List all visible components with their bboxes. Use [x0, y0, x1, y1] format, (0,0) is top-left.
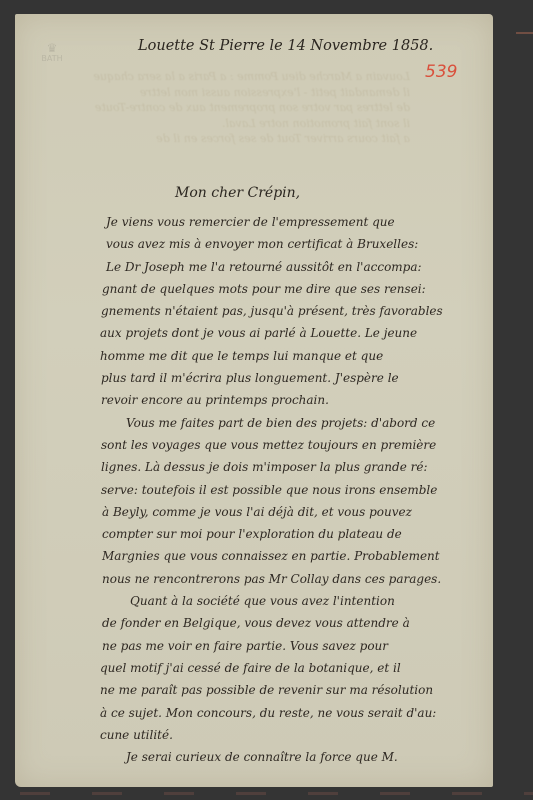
- body-line: Quant à la société que vous avez l'inten…: [108, 590, 494, 612]
- body-line: de fonder en Belgique, vous devez vous a…: [102, 612, 494, 634]
- bleed-through-text: Louvain a Marche dieu Pomme : a Paris a …: [30, 70, 410, 148]
- body-line: Je viens vous remercier de l'empressemen…: [106, 211, 494, 233]
- bleed-line: a fait cours arriver Tout de ses forces …: [30, 132, 410, 148]
- body-line: Je serai curieux de connaître la force q…: [104, 746, 494, 768]
- edge-mark: [516, 32, 533, 34]
- bleed-line: il demandait petit - l'expression aussi …: [30, 86, 410, 102]
- body-line: homme me dit que le temps lui manque et …: [100, 345, 494, 367]
- salutation: Mon cher Crépin,: [175, 185, 300, 201]
- letter-body: Je viens vous remercier de l'empressemen…: [106, 211, 494, 768]
- body-line: aux projets dont je vous ai parlé à Loue…: [100, 322, 494, 344]
- body-line: plus tard il m'écrira plus longuement. J…: [101, 367, 494, 389]
- body-line: Vous me faites part de bien des projets:…: [104, 412, 494, 434]
- bottom-edge-marks: [0, 792, 533, 795]
- body-line: serve: toutefois il est possible que nou…: [101, 479, 494, 501]
- body-line: compter sur moi pour l'exploration du pl…: [102, 523, 494, 545]
- body-line: revoir encore au printemps prochain.: [101, 389, 494, 411]
- body-line: gnant de quelques mots pour me dire que …: [102, 278, 494, 300]
- body-line: sont les voyages que vous mettez toujour…: [101, 434, 494, 456]
- bleed-line: il sont fait promotion notre Laval.: [30, 117, 410, 133]
- letter-heading: Louette St Pierre le 14 Novembre 1858.: [138, 38, 458, 54]
- body-line: gnements n'étaient pas, jusqu'à présent,…: [101, 300, 494, 322]
- folio-number: 539: [425, 62, 457, 82]
- bleed-line: de lettres par votre son proprement aux …: [30, 101, 410, 117]
- body-line: ne me paraît pas possible de revenir sur…: [100, 679, 494, 701]
- body-line: ne pas me voir en faire partie. Vous sav…: [102, 635, 494, 657]
- crown-icon: ♛: [37, 42, 67, 54]
- body-line: nous ne rencontrerons pas Mr Collay dans…: [102, 568, 494, 590]
- body-line: cune utilité.: [100, 724, 494, 746]
- body-line: à ce sujet. Mon concours, du reste, ne v…: [100, 702, 494, 724]
- body-line: Le Dr Joseph me l'a retourné aussitôt en…: [106, 256, 494, 278]
- body-line: vous avez mis à envoyer mon certificat à…: [106, 233, 494, 255]
- body-line: lignes. Là dessus je dois m'imposer la p…: [101, 456, 494, 478]
- body-line: Margnies que vous connaissez en partie. …: [102, 545, 494, 567]
- stamp-text: BATH: [37, 54, 67, 63]
- bleed-line: Louvain a Marche dieu Pomme : a Paris a …: [30, 70, 410, 86]
- embossed-stamp: ♛ BATH: [37, 42, 67, 70]
- body-line: à Beyly, comme je vous l'ai déjà dit, et…: [102, 501, 494, 523]
- body-line: quel motif j'ai cessé de faire de la bot…: [100, 657, 494, 679]
